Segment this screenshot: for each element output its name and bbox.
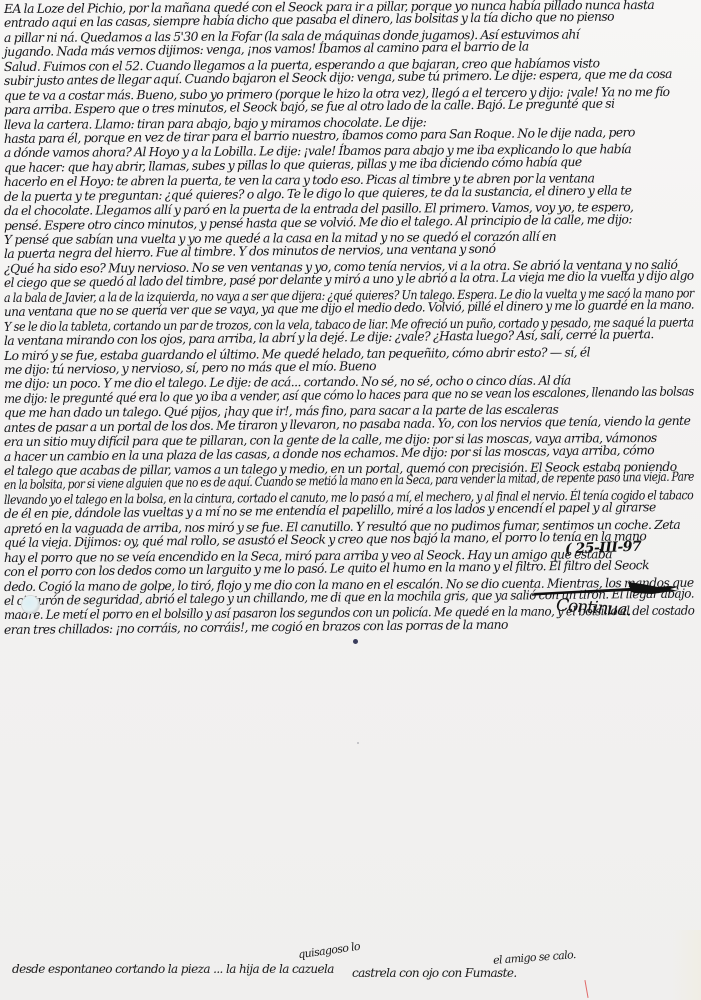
arrow-right-icon — [530, 576, 680, 600]
punch-hole — [22, 596, 39, 613]
date-stamp: ( 25-III-97 — [565, 539, 642, 558]
footer-note-right-top: el amigo se calo. — [493, 948, 577, 967]
paper-edge-shade — [671, 930, 701, 1000]
footer-note-main: desde espontaneo cortando la pieza ... l… — [12, 962, 334, 976]
ink-dot — [353, 639, 358, 644]
footer-note-right-bottom: castrela con ojo con Fumaste. — [352, 966, 517, 980]
paper-page: EA la Loze del Pichio, por la mañana que… — [0, 0, 701, 1000]
footer-insert-text: quisagoso lo — [297, 940, 360, 962]
paper-speck — [357, 742, 359, 744]
red-pen-mark — [584, 980, 588, 998]
